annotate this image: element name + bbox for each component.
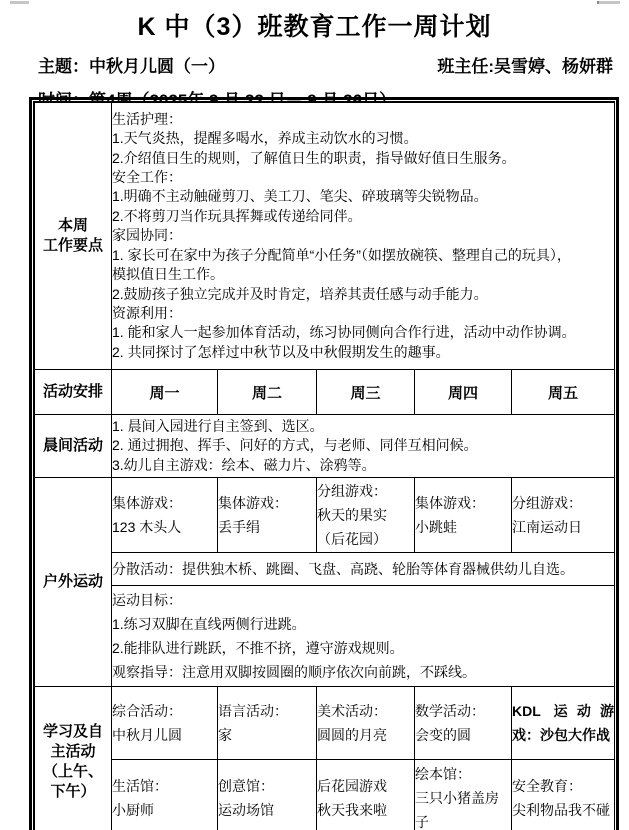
outdoor-game-mon: 集体游戏：123 木头人 [112, 478, 218, 553]
outdoor-scatter-content: 分散活动：提供独木桥、跳圈、飞盘、高跷、轮胎等体育器械供幼儿自选。 [112, 553, 615, 586]
label-morning: 晨间活动 [35, 415, 112, 478]
outdoor-goals-content: 运动目标：1.练习双脚在直线两侧行进跳。2.能排队进行跳跃，不推不挤，遵守游戏规… [112, 586, 615, 687]
weekday-tuesday: 周二 [218, 370, 317, 415]
morning-content: 1. 晨间入园进行自主签到、选区。2. 通过拥抱、挥手、问好的方式，与老师、同伴… [112, 415, 615, 478]
teachers-label: 班主任:吴雪婷、杨妍群 [437, 52, 613, 77]
learning1-mon: 综合活动：中秋月儿圆 [112, 687, 218, 760]
document-page: { "page": { "title": "K 中（3）班教育工作一周计划", … [0, 0, 629, 830]
learning1-fri: KDL 运动游戏：沙包大作战 [512, 687, 615, 760]
learning1-thu: 数学活动：会变的圆 [415, 687, 512, 760]
row-outdoor-games: 户外运动 集体游戏：123 木头人 集体游戏：丢手绢 分组游戏：秋天的果实（后花… [35, 478, 615, 553]
outdoor-game-fri: 分组游戏：江南运动日 [512, 478, 615, 553]
plan-table: 本周工作要点 生活护理：1.天气炎热，提醒多喝水，养成主动饮水的习惯。2.介绍值… [34, 102, 615, 830]
learning2-wed: 后花园游戏秋天我来啦 [317, 760, 415, 830]
weekly-points-content: 生活护理：1.天气炎热，提醒多喝水，养成主动饮水的习惯。2.介绍值日生的规则，了… [112, 103, 615, 370]
label-weekly-points: 本周工作要点 [35, 103, 112, 370]
row-outdoor-goals: 运动目标：1.练习双脚在直线两侧行进跳。2.能排队进行跳跃，不推不挤，遵守游戏规… [35, 586, 615, 687]
weekday-friday: 周五 [512, 370, 615, 415]
outdoor-game-tue: 集体游戏：丢手绢 [218, 478, 317, 553]
row-outdoor-scatter: 分散活动：提供独木桥、跳圈、飞盘、高跷、轮胎等体育器械供幼儿自选。 [35, 553, 615, 586]
learning1-tue: 语言活动：家 [218, 687, 317, 760]
learning2-thu: 绘本馆：三只小猪盖房子 [415, 760, 512, 830]
row-morning: 晨间活动 1. 晨间入园进行自主签到、选区。2. 通过拥抱、挥手、问好的方式，与… [35, 415, 615, 478]
learning2-tue: 创意馆：运动场馆 [218, 760, 317, 830]
label-schedule: 活动安排 [35, 370, 112, 415]
outdoor-game-wed: 分组游戏：秋天的果实（后花园） [317, 478, 415, 553]
label-learning: 学习及自主活动（上午、下午） [35, 687, 112, 830]
learning1-wed: 美术活动：圆圆的月亮 [317, 687, 415, 760]
row-learning-2: 生活馆：小厨师 创意馆：运动场馆 后花园游戏秋天我来啦 绘本馆：三只小猪盖房子 … [35, 760, 615, 830]
page-margin-marker-left [10, 1, 29, 4]
weekday-monday: 周一 [112, 370, 218, 415]
weekday-thursday: 周四 [415, 370, 512, 415]
row-learning-1: 学习及自主活动（上午、下午） 综合活动：中秋月儿圆 语言活动：家 美术活动：圆圆… [35, 687, 615, 760]
learning2-mon: 生活馆：小厨师 [112, 760, 218, 830]
label-outdoor: 户外运动 [35, 478, 112, 687]
weekly-plan-table: 本周工作要点 生活护理：1.天气炎热，提醒多喝水，养成主动饮水的习惯。2.介绍值… [33, 101, 615, 830]
theme-label: 主题：中秋月儿圆（一） [38, 52, 225, 77]
outdoor-game-thu: 集体游戏：小跳蛙 [415, 478, 512, 553]
learning2-fri: 安全教育：尖利物品我不碰 [512, 760, 615, 830]
page-margin-marker-right [597, 1, 620, 4]
row-weekly-points: 本周工作要点 生活护理：1.天气炎热，提醒多喝水，养成主动饮水的习惯。2.介绍值… [35, 103, 615, 370]
row-schedule-header: 活动安排 周一 周二 周三 周四 周五 [35, 370, 615, 415]
header-line: 主题：中秋月儿圆（一） 班主任:吴雪婷、杨妍群 [38, 52, 613, 77]
weekday-wednesday: 周三 [317, 370, 415, 415]
page-title: K 中（3）班教育工作一周计划 [0, 0, 629, 43]
